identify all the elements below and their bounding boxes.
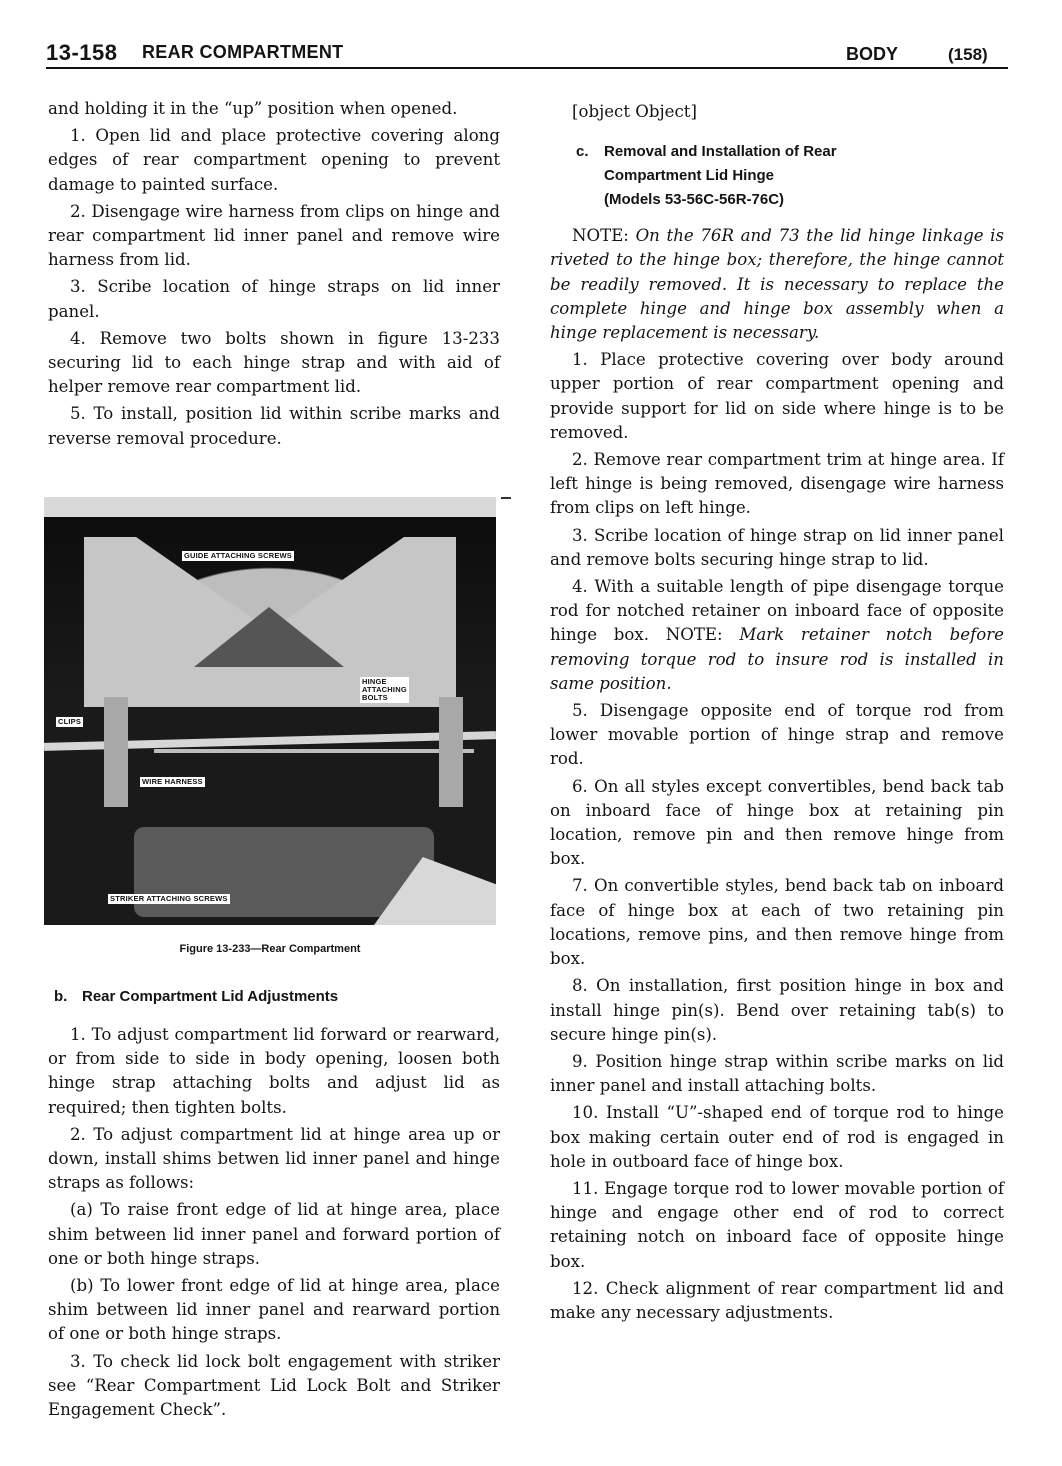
step-paragraph: 6. On all styles except convertibles, be… [550, 775, 1004, 872]
margin-mark [501, 497, 511, 499]
section-c-title-line1: Removal and Installation of Rear [604, 143, 837, 160]
step-paragraph: 5. Disengage opposite end of torque rod … [550, 699, 1004, 772]
section-c-title-line2: Compartment Lid Hinge [576, 164, 1004, 188]
step-paragraph: 5. To install, position lid within scrib… [48, 402, 500, 450]
step-paragraph: 1. Open lid and place protective coverin… [48, 124, 500, 197]
section-c-heading: c.Removal and Installation of Rear Compa… [550, 140, 1004, 212]
substep-paragraph: (a) To raise front edge of lid at hinge … [48, 1198, 500, 1271]
callout-striker-screws: STRIKER ATTACHING SCREWS [108, 894, 230, 904]
note-label: NOTE: [572, 226, 629, 245]
step-paragraph: 7. On convertible styles, bend back tab … [550, 874, 1004, 971]
substep-paragraph: (b) To lower front edge of lid at hinge … [48, 1274, 500, 1347]
step-paragraph: 9. Position hinge strap within scribe ma… [550, 1050, 1004, 1098]
left-column: and holding it in the “up” position when… [48, 97, 500, 454]
step-paragraph: 11. Engage torque rod to lower movable p… [550, 1177, 1004, 1274]
left-hinge-strap [104, 697, 128, 807]
step-paragraph: 8. On installation, first position hinge… [550, 974, 1004, 1047]
section-b-label: b. [54, 985, 82, 1009]
callout-guide-screws: GUIDE ATTACHING SCREWS [182, 551, 294, 561]
section-b-heading: b.Rear Compartment Lid Adjustments [48, 985, 500, 1009]
note-paragraph: NOTE: On the 76R and 73 the lid hinge li… [550, 224, 1004, 345]
page-header: 13-158 REAR COMPARTMENT BODY (158) [46, 38, 1010, 70]
figure-rear-compartment-photo: GUIDE ATTACHING SCREWS HINGE ATTACHING B… [44, 497, 496, 925]
section-c-title-line3: (Models 53-56C-56R-76C) [576, 188, 1004, 212]
step-paragraph: 1. Place protective covering over body a… [550, 348, 1004, 445]
step-paragraph: 3. To check lid lock bolt engagement wit… [48, 1350, 500, 1423]
callout-hinge-bolts-line3: BOLTS [362, 693, 388, 702]
step-paragraph: 3. Scribe location of hinge straps on li… [48, 275, 500, 323]
right-hinge-strap [439, 697, 463, 807]
step-paragraph: 2. Disengage wire harness from clips on … [48, 200, 500, 273]
step-paragraph: 12. Check alignment of rear compartment … [550, 1277, 1004, 1325]
intro-paragraph: and holding it in the “up” position when… [48, 97, 500, 121]
chapter-label: BODY [846, 44, 898, 65]
section-c-label: c. [576, 140, 604, 164]
step-paragraph: 4. Remove two bolts shown in figure 13-2… [48, 327, 500, 400]
left-column-lower: b.Rear Compartment Lid Adjustments 1. To… [48, 985, 500, 1425]
step-paragraph: 4. With a suitable length of pipe diseng… [550, 575, 1004, 696]
page-code: 13-158 [46, 40, 118, 66]
section-b-title: Rear Compartment Lid Adjustments [82, 988, 338, 1005]
right-column: [object Object] c.Removal and Installati… [550, 100, 1004, 1328]
step-paragraph: [object Object] [550, 100, 1004, 124]
step-paragraph: 2. To adjust compartment lid at hinge ar… [48, 1123, 500, 1196]
step-paragraph: 2. Remove rear compartment trim at hinge… [550, 448, 1004, 521]
step-paragraph: 3. Scribe location of hinge strap on lid… [550, 524, 1004, 572]
callout-clips: CLIPS [56, 717, 83, 727]
section-title: REAR COMPARTMENT [142, 42, 343, 63]
torque-rod [154, 749, 474, 753]
header-rule [46, 67, 1008, 69]
callout-wire-harness: WIRE HARNESS [140, 777, 205, 787]
figure-caption: Figure 13-233—Rear Compartment [44, 943, 496, 955]
callout-hinge-bolts: HINGE ATTACHING BOLTS [360, 677, 409, 703]
page-number: (158) [948, 45, 988, 65]
step-paragraph: 10. Install “U”-shaped end of torque rod… [550, 1101, 1004, 1174]
step-paragraph: 1. To adjust compartment lid forward or … [48, 1023, 500, 1120]
